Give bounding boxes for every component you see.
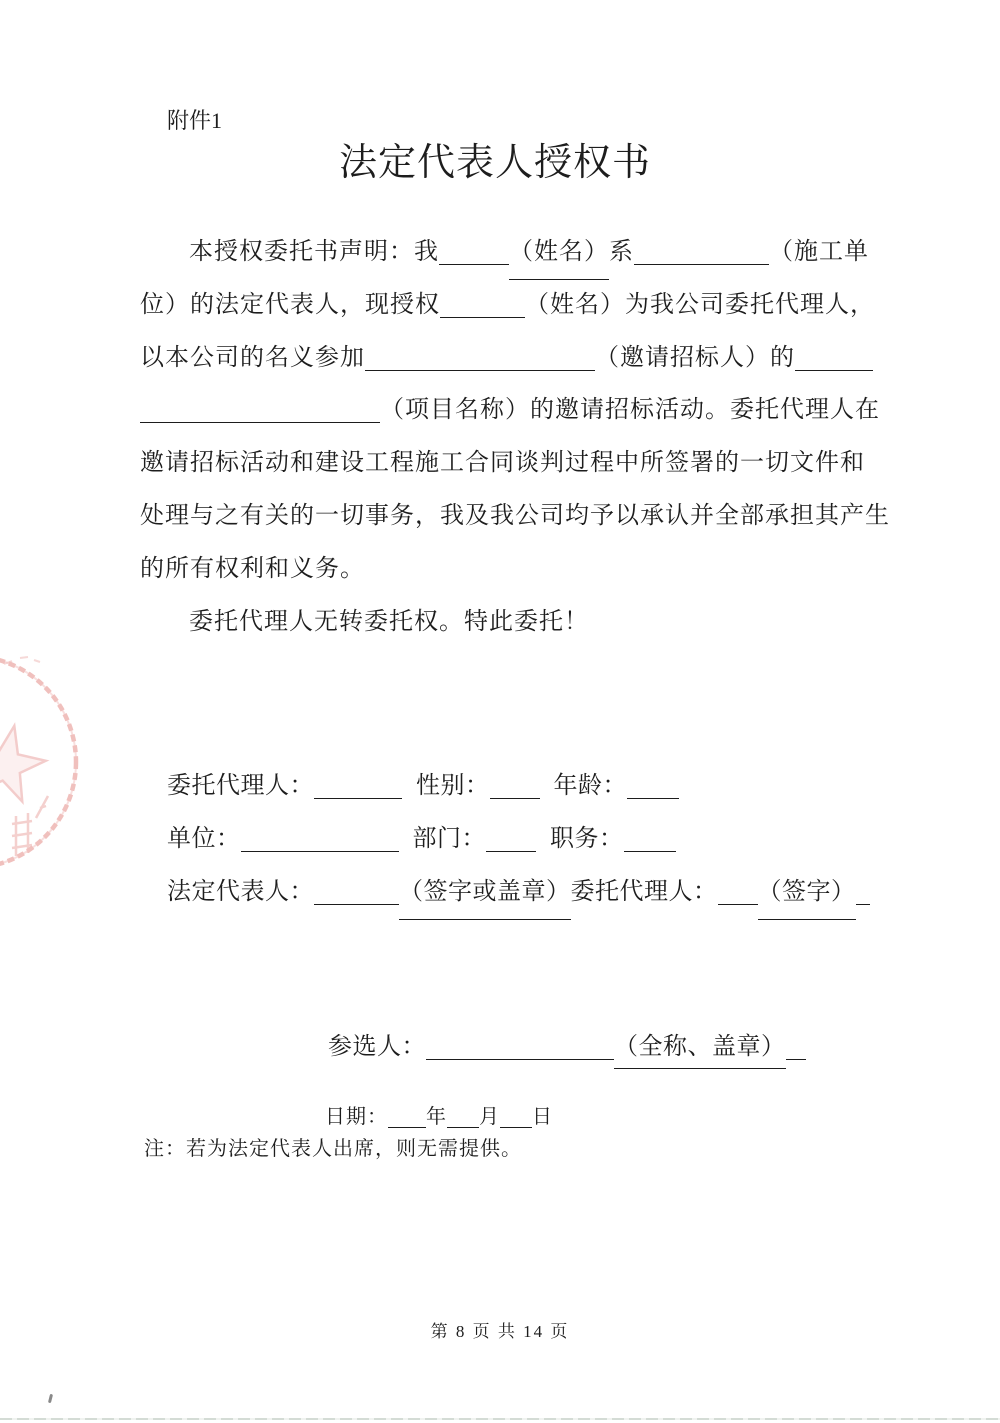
blank-underline-field	[627, 774, 679, 799]
text-segment: 年龄：	[554, 773, 628, 799]
text-line: 位）的法定代表人，现授权（姓名）为我公司委托代理人，	[140, 279, 880, 332]
text-segment: 系	[609, 239, 634, 265]
text-segment: （姓名）为我公司委托代理人，	[525, 292, 875, 318]
participant-signature-line: 参选人：（全称、盖章）	[328, 1026, 806, 1069]
text-line: 委托代理人：性别：年龄：	[167, 760, 870, 813]
blank-underline-field	[140, 398, 380, 423]
blank-underline-field	[500, 1107, 532, 1128]
scan-edge-artifact	[0, 1418, 1000, 1420]
blank-underline-field	[365, 346, 595, 371]
text-line: 单位：部门：职务：	[167, 813, 870, 866]
ink-speck	[48, 1394, 53, 1403]
blank-underline-field	[856, 880, 870, 905]
text-segment: 本授权委托书声明：我	[189, 239, 439, 265]
text-segment: 的所有权利和义务。	[140, 556, 365, 582]
underlined-label: （签字）	[758, 866, 856, 920]
text-segment: 部门：	[413, 826, 487, 852]
text-segment: 性别：	[416, 773, 490, 799]
blank-underline-field	[440, 293, 525, 318]
agent-info-form: 委托代理人：性别：年龄：单位：部门：职务：法定代表人：（签字或盖章）委托代理人：…	[167, 760, 870, 919]
blank-underline-field	[486, 827, 536, 852]
text-line: 的所有权利和义务。	[140, 543, 880, 596]
text-line: 邀请招标活动和建设工程施工合同谈判过程中所签署的一切文件和	[140, 437, 880, 490]
text-segment: 位）的法定代表人，现授权	[140, 292, 440, 318]
underlined-label: （签字或盖章）	[399, 866, 571, 920]
blank-underline-field	[314, 774, 402, 799]
text-line: 委托代理人无转委托权。特此委托！	[140, 596, 880, 649]
field-gap	[402, 792, 416, 793]
blank-underline-field	[447, 1107, 479, 1128]
blank-underline-field	[490, 774, 540, 799]
text-segment: 委托代理人无转委托权。特此委托！	[189, 609, 589, 635]
text-segment: 单位：	[167, 826, 241, 852]
blank-underline-field	[439, 240, 509, 265]
field-gap	[536, 845, 550, 846]
date-line: 日期：年月日	[325, 1102, 553, 1132]
text-segment: 邀请招标活动和建设工程施工合同谈判过程中所签署的一切文件和	[140, 450, 865, 476]
text-segment: （施工单	[769, 239, 869, 265]
field-gap	[540, 792, 554, 793]
text-line: 处理与之有关的一切事务，我及我公司均予以承认并全部承担其产生	[140, 490, 880, 543]
text-segment: 参选人：	[328, 1034, 426, 1060]
text-segment: 委托代理人：	[571, 879, 718, 905]
page-number: 第 8 页 共 14 页	[0, 1320, 1000, 1344]
blank-underline-field	[241, 827, 399, 852]
field-gap	[399, 845, 413, 846]
text-segment: 日期：	[325, 1106, 388, 1128]
attachment-label: 附件1	[167, 106, 222, 136]
text-segment: 日	[532, 1106, 553, 1128]
document-page: 附件1 法定代表人授权书 本授权委托书声明：我（姓名）系（施工单位）的法定代表人…	[0, 0, 1000, 1423]
blank-underline-field	[426, 1035, 614, 1060]
text-segment: （项目名称）的邀请招标活动。委托代理人在	[380, 397, 880, 423]
underlined-label: （姓名）	[509, 226, 609, 280]
text-segment: 以本公司的名义参加	[140, 345, 365, 371]
blank-underline-field	[795, 346, 873, 371]
red-seal-stamp	[0, 620, 150, 910]
blank-underline-field	[388, 1107, 426, 1128]
body-paragraphs: 本授权委托书声明：我（姓名）系（施工单位）的法定代表人，现授权（姓名）为我公司委…	[140, 226, 880, 648]
text-segment: 月	[479, 1106, 500, 1128]
text-segment: 年	[426, 1106, 447, 1128]
text-line: 法定代表人：（签字或盖章）委托代理人：（签字）	[167, 866, 870, 919]
text-segment: 法定代表人：	[167, 879, 314, 905]
text-line: 以本公司的名义参加（邀请招标人）的	[140, 332, 880, 385]
blank-underline-field	[314, 880, 399, 905]
text-segment: 委托代理人：	[167, 773, 314, 799]
blank-underline-field	[634, 240, 769, 265]
text-line: 本授权委托书声明：我（姓名）系（施工单	[140, 226, 880, 279]
underlined-label: （全称、盖章）	[614, 1026, 786, 1069]
blank-underline-field	[786, 1035, 806, 1060]
text-line: （项目名称）的邀请招标活动。委托代理人在	[140, 384, 880, 437]
blank-underline-field	[624, 827, 676, 852]
note-line: 注：若为法定代表人出席，则无需提供。	[144, 1134, 522, 1164]
text-segment: 处理与之有关的一切事务，我及我公司均予以承认并全部承担其产生	[140, 503, 890, 529]
text-segment: （邀请招标人）的	[595, 345, 795, 371]
text-segment: 职务：	[550, 826, 624, 852]
document-title: 法定代表人授权书	[140, 139, 850, 187]
blank-underline-field	[718, 880, 758, 905]
